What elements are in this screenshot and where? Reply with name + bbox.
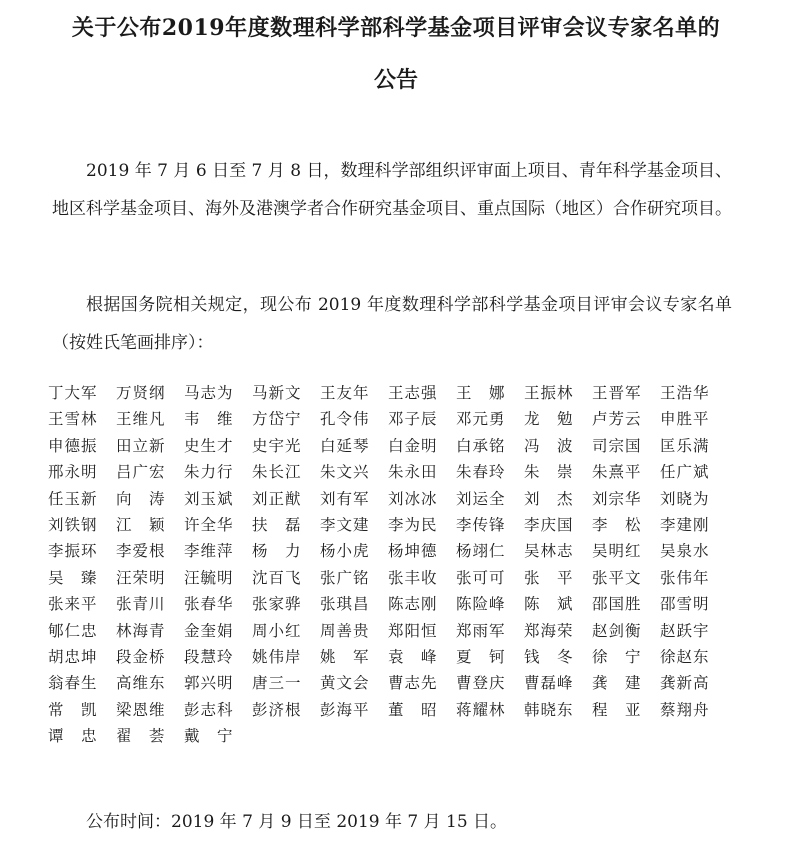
expert-name: 扶 磊 — [252, 512, 320, 538]
expert-name: 董 昭 — [388, 697, 456, 723]
expert-name: 邵雪明 — [660, 591, 728, 617]
expert-name: 金奎娟 — [184, 618, 252, 644]
expert-name: 韦 维 — [184, 406, 252, 432]
expert-name: 周善贵 — [320, 618, 388, 644]
expert-name: 朱 崇 — [524, 459, 592, 485]
expert-name: 韩晓东 — [524, 697, 592, 723]
expert-name: 马新文 — [252, 380, 320, 406]
expert-name: 徐赵东 — [660, 644, 728, 670]
expert-name: 刘冰冰 — [388, 486, 456, 512]
expert-name: 龚 建 — [592, 670, 660, 696]
document-title: 关于公布2019年度数理科学部科学基金项目评审会议专家名单的 — [0, 8, 792, 48]
expert-name: 戴 宁 — [184, 723, 252, 749]
expert-name: 李 松 — [592, 512, 660, 538]
expert-name: 任玉新 — [48, 486, 116, 512]
expert-name: 陈 斌 — [524, 591, 592, 617]
expert-name: 王维凡 — [116, 406, 184, 432]
expert-name: 王 娜 — [456, 380, 524, 406]
expert-name: 冯 波 — [524, 433, 592, 459]
expert-name: 徐 宁 — [592, 644, 660, 670]
expert-name: 朱长江 — [252, 459, 320, 485]
expert-name: 夏 钶 — [456, 644, 524, 670]
document-subtitle: 公告 — [0, 60, 792, 100]
expert-name: 申德振 — [48, 433, 116, 459]
expert-name: 龚新高 — [660, 670, 728, 696]
expert-name: 李传锋 — [456, 512, 524, 538]
expert-name: 杨小虎 — [320, 538, 388, 564]
expert-name: 翁春生 — [48, 670, 116, 696]
expert-name: 翟 荟 — [116, 723, 184, 749]
expert-name: 吕广宏 — [116, 459, 184, 485]
expert-name: 张 平 — [524, 565, 592, 591]
expert-name: 任广斌 — [660, 459, 728, 485]
expert-name: 郑雨军 — [456, 618, 524, 644]
expert-name: 李为民 — [388, 512, 456, 538]
expert-name: 梁恩维 — [116, 697, 184, 723]
expert-name: 万贤纲 — [116, 380, 184, 406]
expert-name: 唐三一 — [252, 670, 320, 696]
expert-name: 吴林志 — [524, 538, 592, 564]
expert-name: 朱永田 — [388, 459, 456, 485]
expert-name: 袁 峰 — [388, 644, 456, 670]
expert-name: 朱熹平 — [592, 459, 660, 485]
expert-name: 黄文会 — [320, 670, 388, 696]
publication-period: 公布时间：2019 年 7 月 9 日至 2019 年 7 月 15 日。 — [86, 808, 507, 836]
expert-name: 李维萍 — [184, 538, 252, 564]
expert-name: 彭志科 — [184, 697, 252, 723]
expert-name: 王晋军 — [592, 380, 660, 406]
expert-name: 谭 忠 — [48, 723, 116, 749]
expert-name: 王振林 — [524, 380, 592, 406]
expert-name: 丁大军 — [48, 380, 116, 406]
expert-name: 马志为 — [184, 380, 252, 406]
expert-name: 张伟年 — [660, 565, 728, 591]
expert-name: 汪毓明 — [184, 565, 252, 591]
expert-name: 吴明红 — [592, 538, 660, 564]
expert-name: 姚伟岸 — [252, 644, 320, 670]
expert-name: 李振环 — [48, 538, 116, 564]
expert-name: 陈志刚 — [388, 591, 456, 617]
expert-name: 朱力行 — [184, 459, 252, 485]
expert-name: 张来平 — [48, 591, 116, 617]
expert-name: 林海青 — [116, 618, 184, 644]
expert-name: 杨坤德 — [388, 538, 456, 564]
expert-name: 杨翊仁 — [456, 538, 524, 564]
expert-name: 张丰收 — [388, 565, 456, 591]
regulation-paragraph: 根据国务院相关规定，现公布 2019 年度数理科学部科学基金项目评审会议专家名单… — [52, 286, 732, 362]
expert-name: 田立新 — [116, 433, 184, 459]
expert-name: 赵跃宇 — [660, 618, 728, 644]
expert-name: 刘宗华 — [592, 486, 660, 512]
expert-name: 刘运全 — [456, 486, 524, 512]
expert-name: 刘玉斌 — [184, 486, 252, 512]
expert-name: 高维东 — [116, 670, 184, 696]
expert-name: 张平文 — [592, 565, 660, 591]
expert-name: 刘正猷 — [252, 486, 320, 512]
expert-name: 赵剑衡 — [592, 618, 660, 644]
expert-name: 朱文兴 — [320, 459, 388, 485]
expert-name: 方岱宁 — [252, 406, 320, 432]
expert-name: 许全华 — [184, 512, 252, 538]
expert-name: 匡乐满 — [660, 433, 728, 459]
expert-name: 汪荣明 — [116, 565, 184, 591]
expert-name: 程 亚 — [592, 697, 660, 723]
intro-paragraph: 2019 年 7 月 6 日至 7 月 8 日，数理科学部组织评审面上项目、青年… — [52, 152, 732, 228]
expert-name: 史生才 — [184, 433, 252, 459]
expert-name: 姚 军 — [320, 644, 388, 670]
expert-name: 蔡翔舟 — [660, 697, 728, 723]
expert-name: 王浩华 — [660, 380, 728, 406]
expert-name: 王友年 — [320, 380, 388, 406]
expert-name: 周小红 — [252, 618, 320, 644]
expert-name: 吴泉水 — [660, 538, 728, 564]
expert-name: 李建刚 — [660, 512, 728, 538]
expert-name: 李庆国 — [524, 512, 592, 538]
expert-name: 张琪昌 — [320, 591, 388, 617]
expert-name: 刘铁钢 — [48, 512, 116, 538]
expert-name: 李爱根 — [116, 538, 184, 564]
expert-name: 彭海平 — [320, 697, 388, 723]
expert-name: 邢永明 — [48, 459, 116, 485]
expert-name: 申胜平 — [660, 406, 728, 432]
expert-name: 钱 冬 — [524, 644, 592, 670]
expert-name: 向 涛 — [116, 486, 184, 512]
expert-name: 陈险峰 — [456, 591, 524, 617]
expert-name: 卢芳云 — [592, 406, 660, 432]
expert-name: 郑阳恒 — [388, 618, 456, 644]
expert-name: 段慧玲 — [184, 644, 252, 670]
expert-name: 刘 杰 — [524, 486, 592, 512]
expert-name: 郭兴明 — [184, 670, 252, 696]
expert-name: 史宇光 — [252, 433, 320, 459]
expert-name: 常 凯 — [48, 697, 116, 723]
expert-name: 段金桥 — [116, 644, 184, 670]
expert-name: 邓元勇 — [456, 406, 524, 432]
expert-name: 李文建 — [320, 512, 388, 538]
expert-name: 曹磊峰 — [524, 670, 592, 696]
expert-name-list: 丁大军万贤纲马志为马新文王友年王志强王 娜王振林王晋军王浩华王雪林王维凡韦 维方… — [48, 380, 768, 750]
expert-name: 彭济根 — [252, 697, 320, 723]
expert-name: 吴 臻 — [48, 565, 116, 591]
expert-name: 白金明 — [388, 433, 456, 459]
expert-name: 蒋耀林 — [456, 697, 524, 723]
expert-name: 龙 勉 — [524, 406, 592, 432]
expert-name: 曹志先 — [388, 670, 456, 696]
expert-name: 胡忠坤 — [48, 644, 116, 670]
expert-name: 张春华 — [184, 591, 252, 617]
expert-name: 郑海荣 — [524, 618, 592, 644]
expert-name: 白承铭 — [456, 433, 524, 459]
expert-name: 邓子辰 — [388, 406, 456, 432]
expert-name: 白延琴 — [320, 433, 388, 459]
expert-name: 孔令伟 — [320, 406, 388, 432]
expert-name: 江 颖 — [116, 512, 184, 538]
expert-name: 张青川 — [116, 591, 184, 617]
expert-name: 杨 力 — [252, 538, 320, 564]
expert-name: 邵国胜 — [592, 591, 660, 617]
expert-name: 王雪林 — [48, 406, 116, 432]
expert-name: 曹登庆 — [456, 670, 524, 696]
expert-name: 司宗国 — [592, 433, 660, 459]
expert-name: 刘有军 — [320, 486, 388, 512]
expert-name: 沈百飞 — [252, 565, 320, 591]
expert-name: 刘晓为 — [660, 486, 728, 512]
expert-name: 郇仁忠 — [48, 618, 116, 644]
expert-name: 张广铭 — [320, 565, 388, 591]
expert-name: 朱春玲 — [456, 459, 524, 485]
expert-name: 张家骅 — [252, 591, 320, 617]
expert-name: 张可可 — [456, 565, 524, 591]
expert-name: 王志强 — [388, 380, 456, 406]
